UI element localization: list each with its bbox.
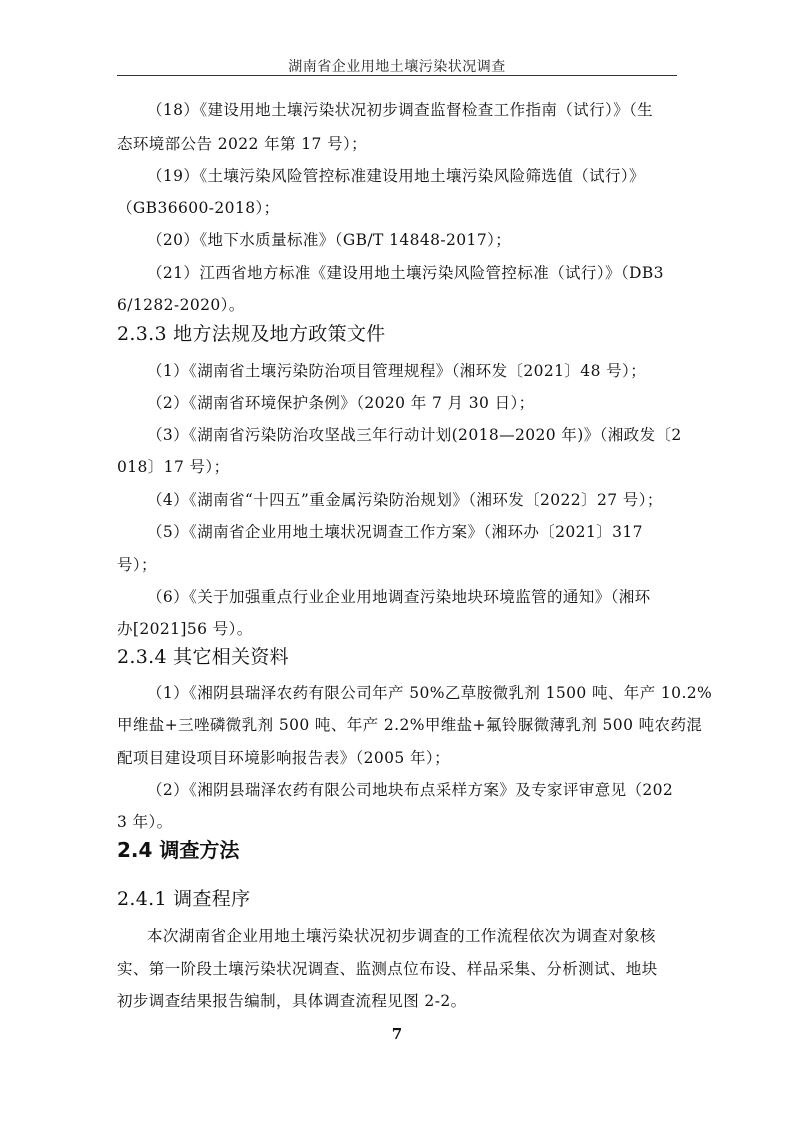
other-item-2-line1: （2）《湘阴县瑞泽农药有限公司地块布点采样方案》及专家评审意见（202 bbox=[147, 778, 677, 800]
header-divider bbox=[117, 75, 677, 76]
reference-18-line2: 态环境部公告 2022 年第 17 号）； bbox=[117, 132, 677, 154]
local-item-6-line1: （6）《关于加强重点行业企业用地调查污染地块环境监管的通知》（湘环 bbox=[147, 585, 677, 607]
local-item-5-line1: （5）《湖南省企业用地土壤状况调查工作方案》（湘环办〔2021〕317 bbox=[147, 520, 677, 542]
local-item-5-line2: 号）； bbox=[117, 553, 677, 575]
reference-19-line2: （GB36600-2018）； bbox=[117, 196, 677, 218]
reference-20: （20）《地下水质量标准》（GB/T 14848-2017）； bbox=[147, 228, 677, 250]
heading-2-4-1: 2.4.1 调查程序 bbox=[117, 884, 250, 911]
heading-2-3-3: 2.3.3 地方法规及地方政策文件 bbox=[117, 319, 385, 346]
local-item-2: （2）《湖南省环境保护条例》（2020 年 7 月 30 日）； bbox=[147, 391, 677, 413]
heading-2-3-4: 2.3.4 其它相关资料 bbox=[117, 642, 289, 669]
reference-21-line2: 6/1282-2020）。 bbox=[117, 293, 677, 315]
procedure-paragraph-line1: 本次湖南省企业用地土壤污染状况初步调查的工作流程依次为调查对象核 bbox=[147, 924, 677, 946]
heading-2-4: 2.4 调查方法 bbox=[117, 834, 239, 863]
reference-18-line1: （18）《建设用地土壤污染状况初步调查监督检查工作指南（试行）》（生 bbox=[147, 98, 677, 120]
local-item-6-line2: 办[2021]56 号）。 bbox=[117, 617, 677, 639]
other-item-1-line3: 配项目建设项目环境影响报告表》（2005 年）； bbox=[117, 746, 677, 768]
local-item-3-line1: （3）《湖南省污染防治攻坚战三年行动计划(2018—2020 年)》（湘政发〔2 bbox=[147, 423, 677, 445]
document-page: 湖南省企业用地土壤污染状况调查 （18）《建设用地土壤污染状况初步调查监督检查工… bbox=[0, 0, 794, 1122]
other-item-1-line2: 甲维盐+三唑磷微乳剂 500 吨、年产 2.2%甲维盐+氟铃脲微薄乳剂 500 … bbox=[117, 713, 677, 735]
local-item-4: （4）《湖南省“十四五”重金属污染防治规划》（湘环发〔2022〕27 号）； bbox=[147, 488, 677, 510]
procedure-paragraph-line3: 初步调查结果报告编制，具体调查流程见图 2-2。 bbox=[117, 989, 677, 1011]
local-item-1: （1）《湖南省土壤污染防治项目管理规程》（湘环发〔2021〕48 号）； bbox=[147, 359, 677, 381]
running-header: 湖南省企业用地土壤污染状况调查 bbox=[117, 56, 677, 76]
procedure-paragraph-line2: 实、第一阶段土壤污染状况调查、监测点位布设、样品采集、分析测试、地块 bbox=[117, 957, 677, 979]
page-number: 7 bbox=[0, 1025, 794, 1043]
reference-21-line1: （21）江西省地方标准《建设用地土壤污染风险管控标准（试行）》（DB3 bbox=[147, 261, 677, 283]
local-item-3-line2: 018〕17 号）； bbox=[117, 455, 677, 477]
other-item-1-line1: （1）《湘阴县瑞泽农药有限公司年产 50%乙草胺微乳剂 1500 吨、年产 10… bbox=[147, 681, 677, 703]
reference-19-line1: （19）《土壤污染风险管控标准建设用地土壤污染风险筛选值（试行）》 bbox=[147, 164, 677, 186]
other-item-2-line2: 3 年）。 bbox=[117, 810, 677, 832]
